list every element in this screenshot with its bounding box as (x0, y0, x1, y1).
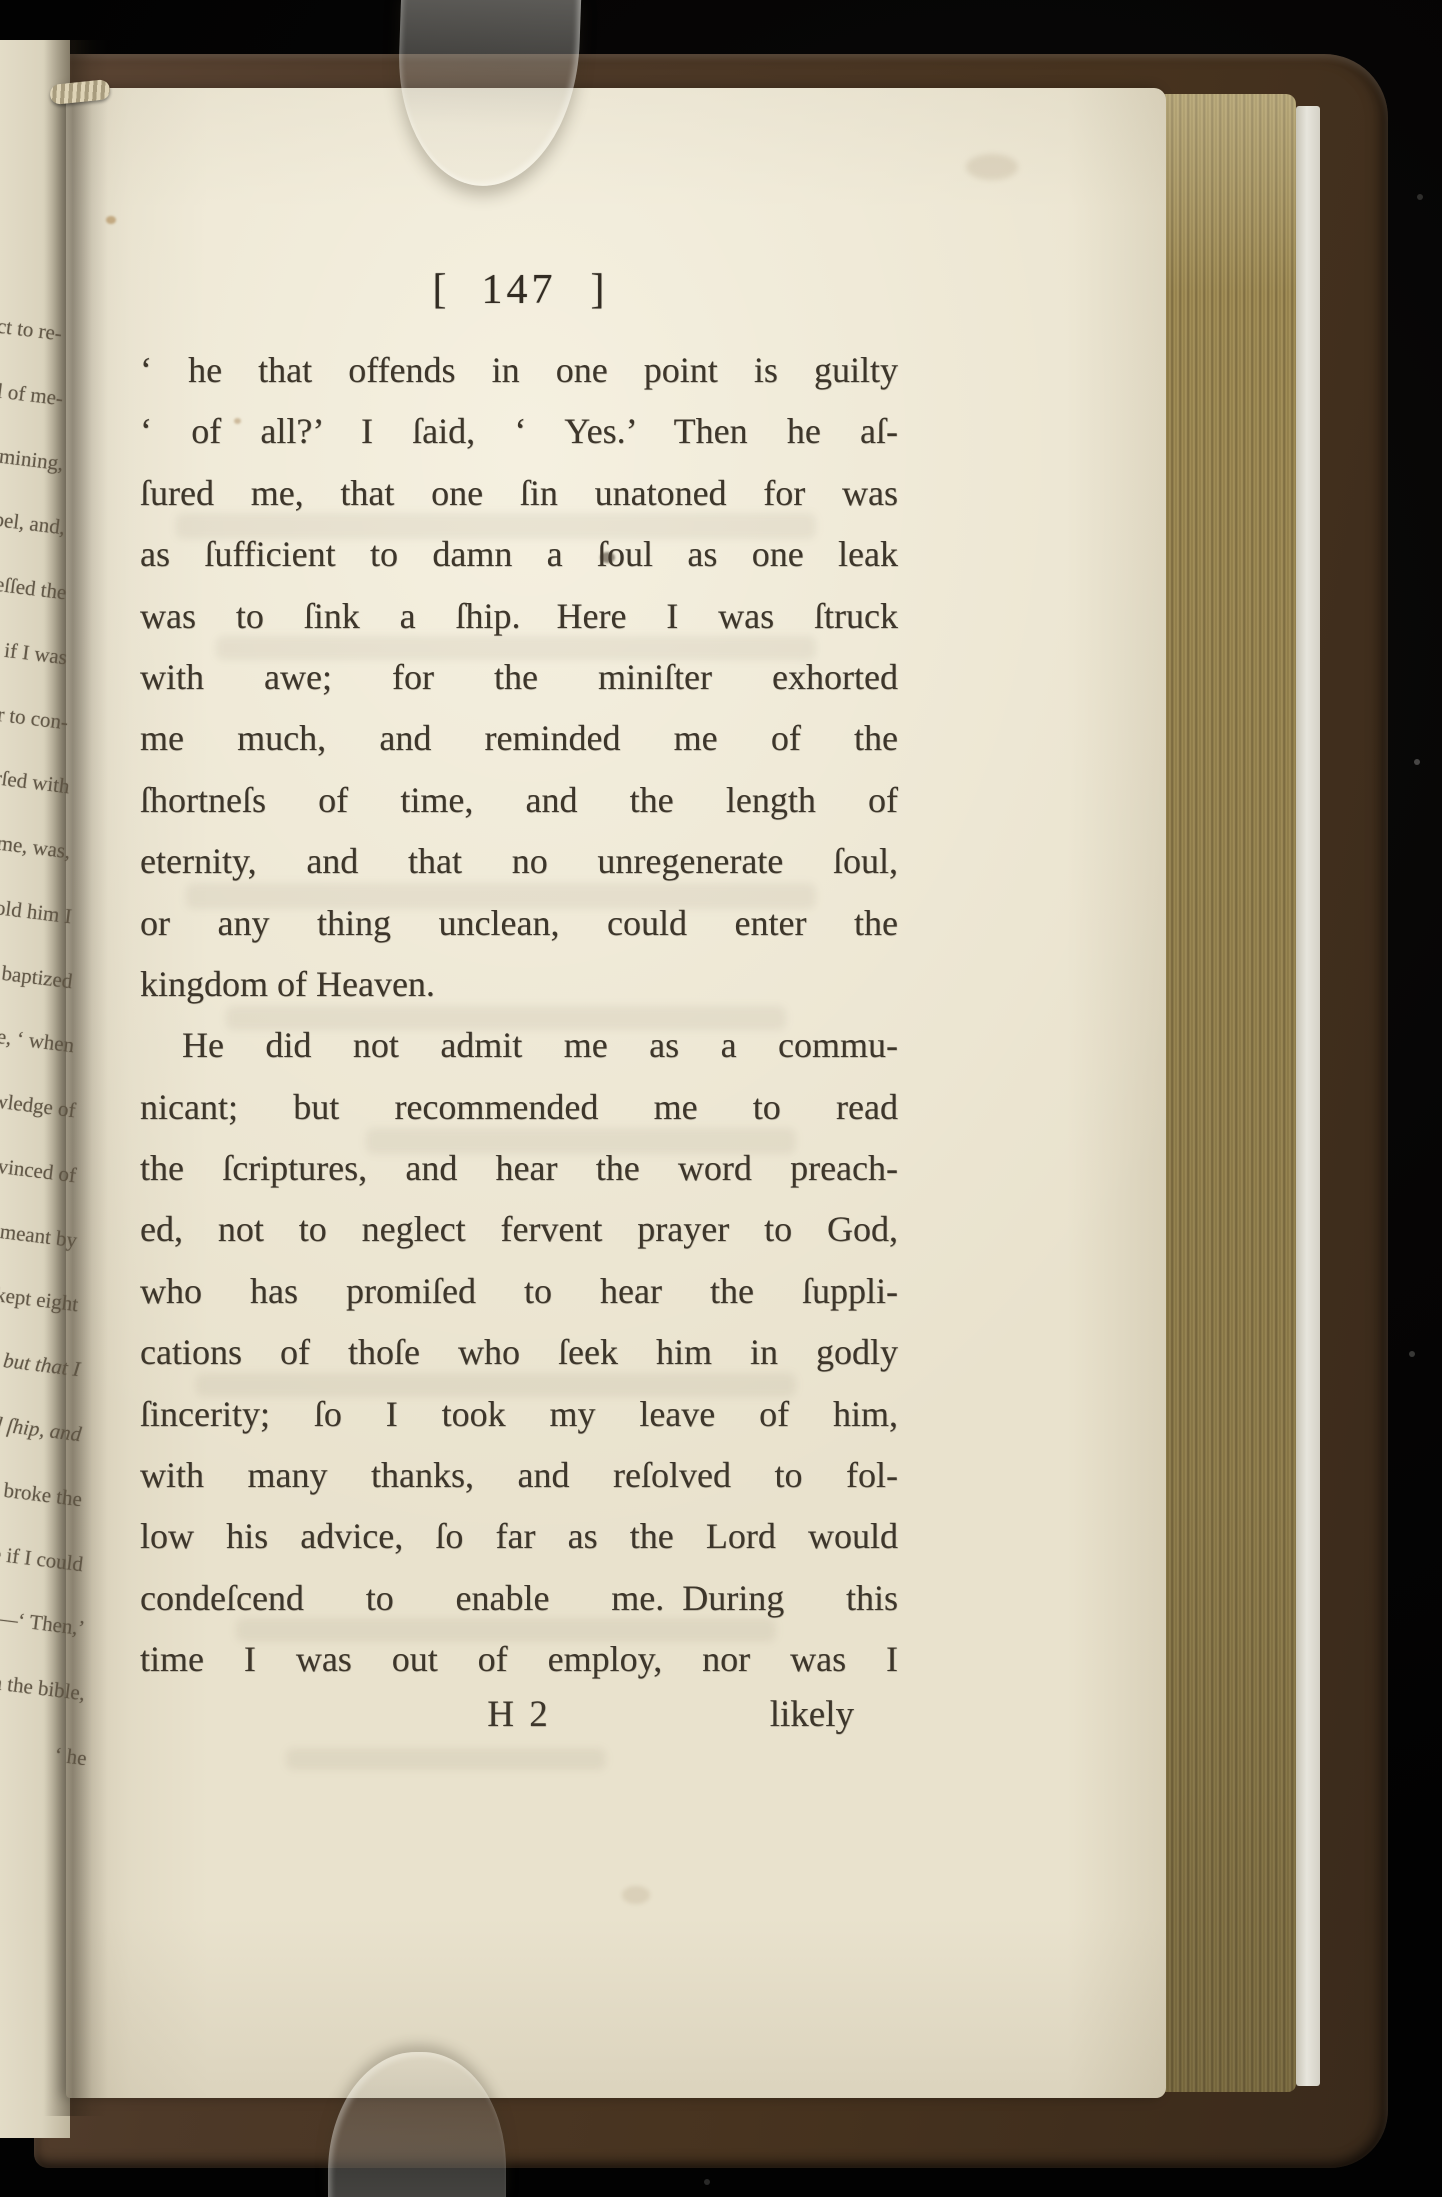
text-line: cations of thoſe who ſeek him in godly (140, 1322, 898, 1383)
text-line: with many thanks, and reſolved to fol- (140, 1445, 898, 1506)
text-line: ed, not to neglect fervent prayer to God… (140, 1199, 898, 1260)
book-page: [147] ‘ he that offends in one point is … (66, 88, 1166, 2098)
text-line: ſhortneſs of time, and the length of (140, 770, 898, 831)
text-line: condeſcend to enable me. During this (140, 1568, 898, 1629)
catchword: likely (770, 1693, 854, 1736)
text-line: kingdom of Heaven. (140, 954, 898, 1015)
text-line: ‘ of all?’ I ſaid, ‘ Yes.’ Then he aſ- (140, 401, 898, 462)
fragment-line: told him I (0, 894, 73, 929)
page-number-header: [147] (140, 266, 898, 314)
page-body: ‘ he that offends in one point is guilty… (140, 340, 898, 1691)
fragment-line: onvinced of (0, 1151, 78, 1188)
fragment-line: ll of me- (0, 378, 64, 412)
fragment-line: verſed with (0, 763, 71, 799)
text-line: nicant; but recommended me to read (140, 1077, 898, 1138)
page-block-fore-edge (1158, 94, 1296, 2092)
fragment-line: he, ‘ when (0, 1023, 76, 1059)
fragment-line: nowledge of (0, 1086, 77, 1124)
fragment-line: in the bible, (0, 1669, 87, 1706)
text-line: was to ſink a ſhip. Here I was ſtruck (140, 586, 898, 647)
fragment-line: me if I could (0, 1539, 85, 1577)
fragment-line: ; but that I (0, 1347, 81, 1383)
fragment-line: nd broke the (0, 1474, 83, 1512)
fragment-line: ‘ he (53, 1742, 88, 1771)
text-line: ſured me, that one ſin unatoned for was (140, 463, 898, 524)
text-line: low his advice, ſo far as the Lord would (140, 1506, 898, 1567)
opening-bracket: [ (433, 267, 448, 313)
text-line: me much, and reminded me of the (140, 708, 898, 769)
fragment-line: dreſſed the (0, 570, 68, 606)
text-line: He did not admit me as a commu- (140, 1015, 898, 1076)
fragment-line: apel, and, (0, 506, 66, 541)
fragment-line: een baptized (0, 956, 74, 994)
stain (106, 216, 116, 224)
fragment-line: he meant by (0, 1216, 79, 1253)
fragment-line: ur to con- (0, 700, 70, 735)
closing-bracket: ] (591, 267, 606, 313)
underlying-pages-edge (1296, 106, 1320, 2086)
fragment-line: d me, was, (0, 829, 72, 865)
text-line: who has promiſed to hear the ſuppli- (140, 1261, 898, 1322)
photo-background: ct to re-ll of me-xamining,apel, and,dre… (0, 0, 1442, 2197)
fragment-line: I kept eight (0, 1281, 80, 1317)
text-line: as ſufficient to damn a ſoul as one leak (140, 524, 898, 585)
fragment-line: d ſhip, and (0, 1411, 82, 1447)
text-line: eternity, and that no unregenerate ſoul, (140, 831, 898, 892)
text-line: the ſcriptures, and hear the word preach… (140, 1138, 898, 1199)
page-number: 147 (482, 267, 557, 313)
text-line: or any thing unclean, could enter the (140, 893, 898, 954)
signature-row: H 2 likely (140, 1693, 898, 1755)
text-line: time I was out of employ, nor was I (140, 1629, 898, 1690)
fragment-line: .’—‘ Then,’ (0, 1604, 86, 1641)
stain (622, 1886, 650, 1904)
fragment-line: xamining, (0, 441, 65, 476)
text-line: ‘ he that offends in one point is guilty (140, 340, 898, 401)
stain (966, 154, 1018, 180)
signature-mark: H 2 (487, 1693, 550, 1736)
text-line: ſincerity; ſo I took my leave of him, (140, 1384, 898, 1445)
dust-specks (0, 0, 4, 4)
fragment-line: g if I was (0, 636, 69, 670)
text-line: with awe; for the miniſter exhorted (140, 647, 898, 708)
